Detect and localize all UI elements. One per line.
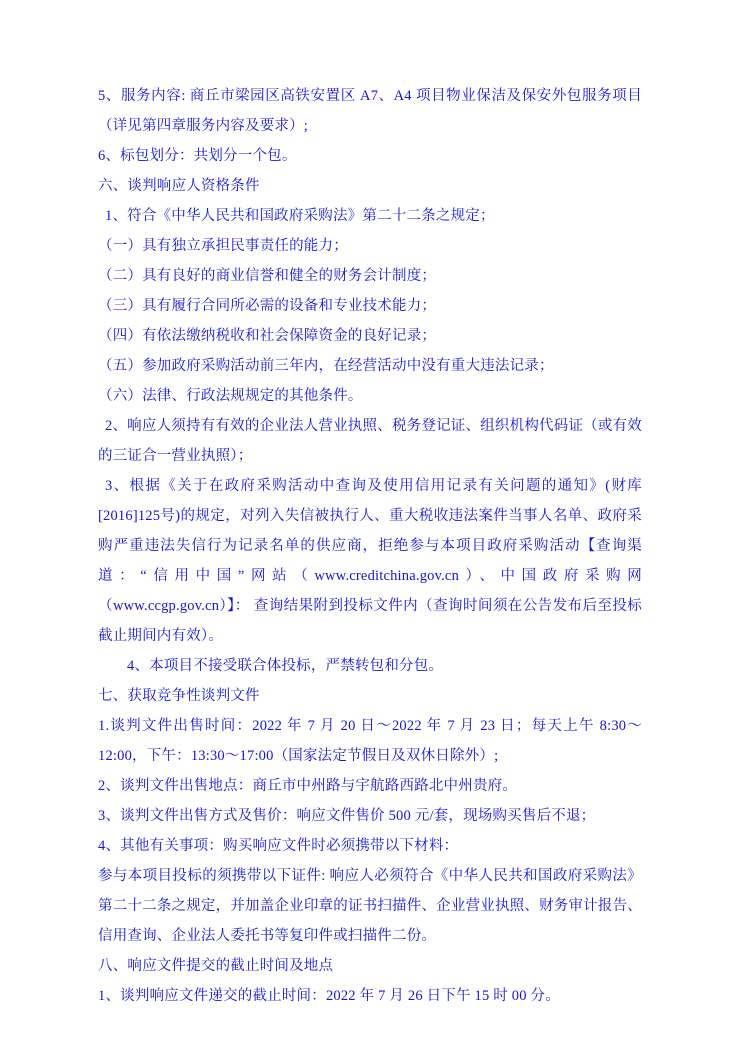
paragraph: （一）具有独立承担民事责任的能力； xyxy=(98,231,642,261)
paragraph: 2、响应人须持有有效的企业法人营业执照、税务登记证、组织机构代码证（或有效的三证… xyxy=(98,411,642,471)
paragraph: 5、服务内容: 商丘市梁园区高铁安置区 A7、A4 项目物业保洁及保安外包服务项… xyxy=(98,81,642,141)
paragraph: 3、根据《关于在政府采购活动中查询及使用信用记录有关问题的通知》(财库[2016… xyxy=(98,471,642,651)
paragraph: 1、谈判响应文件递交的截止时间：2022 年 7 月 26 日下午 15 时 0… xyxy=(98,981,642,1011)
document-page: 5、服务内容: 商丘市梁园区高铁安置区 A7、A4 项目物业保洁及保安外包服务项… xyxy=(0,0,734,1056)
paragraph: 1、符合《中华人民共和国政府采购法》第二十二条之规定； xyxy=(98,201,642,231)
section-heading: 八、响应文件提交的截止时间及地点 xyxy=(98,951,642,981)
paragraph: 4、本项目不接受联合体投标，严禁转包和分包。 xyxy=(98,651,642,681)
paragraph: 2、谈判文件出售地点：商丘市中州路与宇航路西路北中州贵府。 xyxy=(98,771,642,801)
paragraph: （三）具有履行合同所必需的设备和专业技术能力； xyxy=(98,291,642,321)
paragraph: （六）法律、行政法规规定的其他条件。 xyxy=(98,381,642,411)
document-content: 5、服务内容: 商丘市梁园区高铁安置区 A7、A4 项目物业保洁及保安外包服务项… xyxy=(98,81,642,1011)
paragraph: 4、其他有关事项：购买响应文件时必须携带以下材料： xyxy=(98,831,642,861)
paragraph: （二）具有良好的商业信誉和健全的财务会计制度； xyxy=(98,261,642,291)
paragraph: （五）参加政府采购活动前三年内，在经营活动中没有重大违法记录； xyxy=(98,351,642,381)
paragraph: 3、谈判文件出售方式及售价：响应文件售价 500 元/套，现场购买售后不退； xyxy=(98,801,642,831)
paragraph: （四）有依法缴纳税收和社会保障资金的良好记录； xyxy=(98,321,642,351)
paragraph: 参与本项目投标的须携带以下证件: 响应人必须符合《中华人民共和国政府采购法》第二… xyxy=(98,861,642,951)
paragraph: 1.谈判文件出售时间：2022 年 7 月 20 日～2022 年 7 月 23… xyxy=(98,711,642,771)
section-heading: 六、谈判响应人资格条件 xyxy=(98,171,642,201)
paragraph: 6、标包划分：共划分一个包。 xyxy=(98,141,642,171)
section-heading: 七、获取竞争性谈判文件 xyxy=(98,681,642,711)
